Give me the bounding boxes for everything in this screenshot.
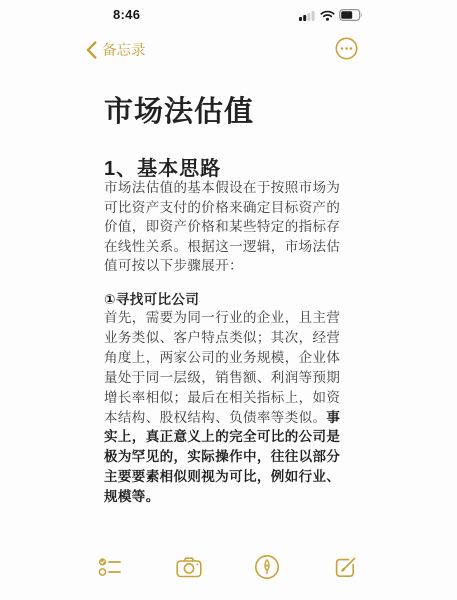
notes-app-screen: 8:46 [0,0,457,600]
back-chevron-icon [86,41,97,59]
camera-icon [176,556,202,578]
note-paragraph-2[interactable]: 首先，需要为同一行业的企业，且主营业务类似、客户特点类似；其次，经营角度上，两家… [104,308,354,507]
more-ellipsis-icon [335,37,358,60]
note-paragraph-2-regular: 首先，需要为同一行业的企业，且主营业务类似、客户特点类似；其次，经营角度上，两家… [104,310,340,425]
back-button-label: 备忘录 [102,39,146,60]
compose-icon [333,555,358,580]
battery-icon [339,9,363,21]
markup-icon [254,554,280,580]
back-button[interactable]: 备忘录 [86,39,146,60]
note-paragraph-1[interactable]: 市场法估值的基本假设在于按照市场为可比资产支付的价格来确定目标资产的价值，即资产… [104,178,354,276]
status-icons [299,9,363,21]
checklist-icon [97,555,123,579]
compose-button[interactable] [332,553,360,581]
cellular-signal-icon [299,10,316,21]
status-time: 8:46 [113,7,140,22]
wifi-icon [320,10,335,21]
markup-button[interactable] [253,553,281,581]
notes-bottom-toolbar [96,551,360,583]
note-sub-heading[interactable]: ①寻找可比公司 [104,288,199,308]
note-title[interactable]: 市场法估值 [104,89,254,130]
checklist-button[interactable] [96,553,124,581]
note-section-heading[interactable]: 1、基本思路 [104,152,221,181]
more-options-button[interactable] [335,37,358,60]
camera-button[interactable] [175,553,203,581]
